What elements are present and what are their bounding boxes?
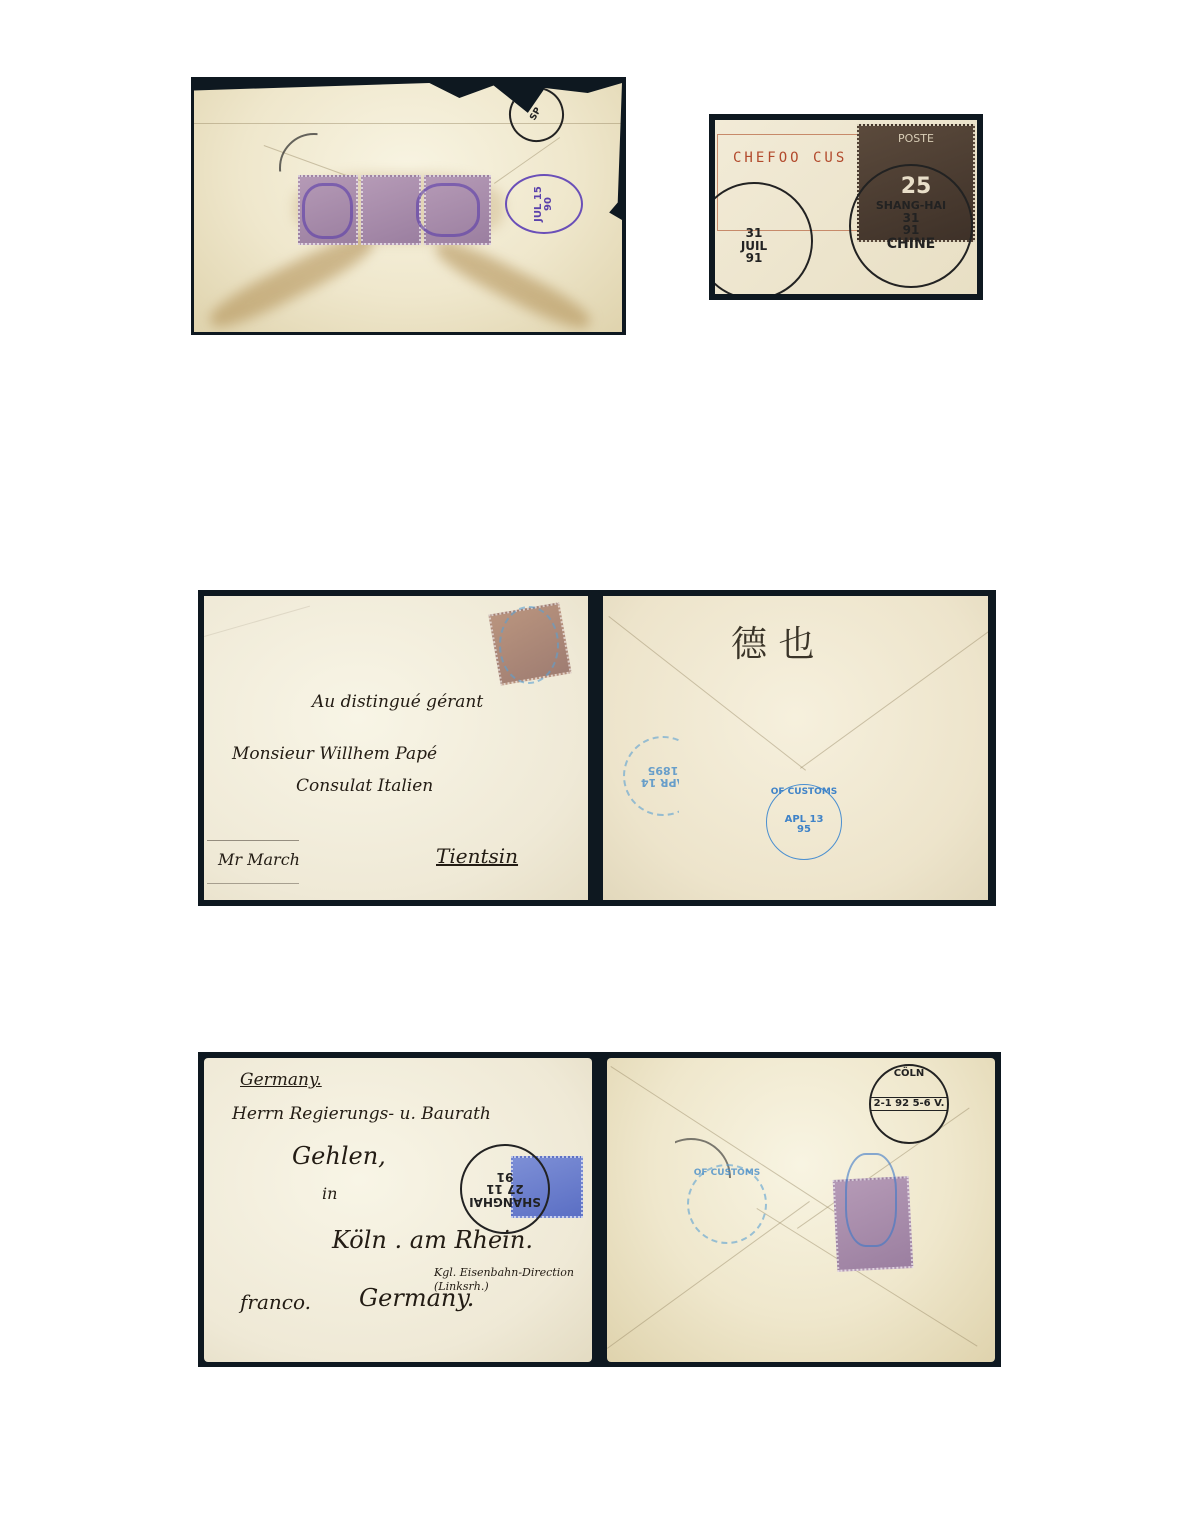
- corner-note: Mr March: [218, 850, 300, 869]
- postmark-sp-cate: SP: [499, 83, 574, 152]
- address-line: Tientsin: [436, 844, 518, 868]
- address-line: Au distingué gérant: [312, 692, 483, 712]
- cover-3-front: Germany. Herrn Regierungs- u. Baurath Ge…: [204, 1058, 592, 1362]
- cover-3-back: CÖLN 2-1 92 5-6 V. OF CUSTOMS: [607, 1058, 995, 1362]
- postmark-coln: CÖLN 2-1 92 5-6 V.: [869, 1064, 949, 1144]
- envelope-back: SP JUL 15 90: [194, 83, 622, 332]
- cover-3-image: Germany. Herrn Regierungs- u. Baurath Ge…: [198, 1052, 1001, 1367]
- cancel-mark: [302, 183, 353, 239]
- postmark-apr-14-1895: APR 14 1895: [623, 736, 703, 816]
- postmark-tientsin-violet: JUL 15 90: [505, 174, 583, 234]
- cover-2-back: 德 也 APR 14 1895 OF CUSTOMS APL 13 95: [603, 596, 988, 900]
- cover-2-front: Au distingué gérant Monsieur Willhem Pap…: [204, 596, 588, 900]
- address-line: in: [322, 1184, 337, 1203]
- stamp: [361, 175, 421, 245]
- address-line: Germany.: [240, 1070, 322, 1090]
- postmark-shanghai: SHANGHAI 27 11 91: [460, 1144, 550, 1234]
- address-line: Monsieur Willhem Papé: [232, 744, 437, 764]
- cover-1-back-image: SP JUL 15 90: [191, 77, 626, 335]
- address-line: Gehlen,: [292, 1142, 386, 1170]
- chinese-handwriting: 德 也: [731, 616, 814, 667]
- postmark-customs: OF CUSTOMS APL 13 95: [766, 784, 842, 860]
- customs-label-text: CHEFOO CUS: [733, 150, 847, 166]
- postmark: [499, 606, 559, 684]
- address-line: Germany.: [359, 1284, 474, 1312]
- postmark-shanghai-2: SHANG-HAI 31 91 CHINE: [849, 164, 973, 288]
- cancel-mark: [845, 1153, 897, 1247]
- postmark-customs-blue: OF CUSTOMS: [687, 1164, 767, 1244]
- cancel-mark: [416, 183, 480, 237]
- franco-note: franco.: [240, 1290, 311, 1314]
- cover-2-image: Au distingué gérant Monsieur Willhem Pap…: [198, 590, 996, 906]
- address-line: Consulat Italien: [296, 776, 433, 796]
- chefoo-piece-image: CHEFOO CUS POSTE 25 31 JUIL 91 SHANG-HAI…: [709, 114, 983, 300]
- address-line: Herrn Regierungs- u. Baurath: [232, 1104, 491, 1124]
- piece: CHEFOO CUS POSTE 25 31 JUIL 91 SHANG-HAI…: [715, 120, 977, 294]
